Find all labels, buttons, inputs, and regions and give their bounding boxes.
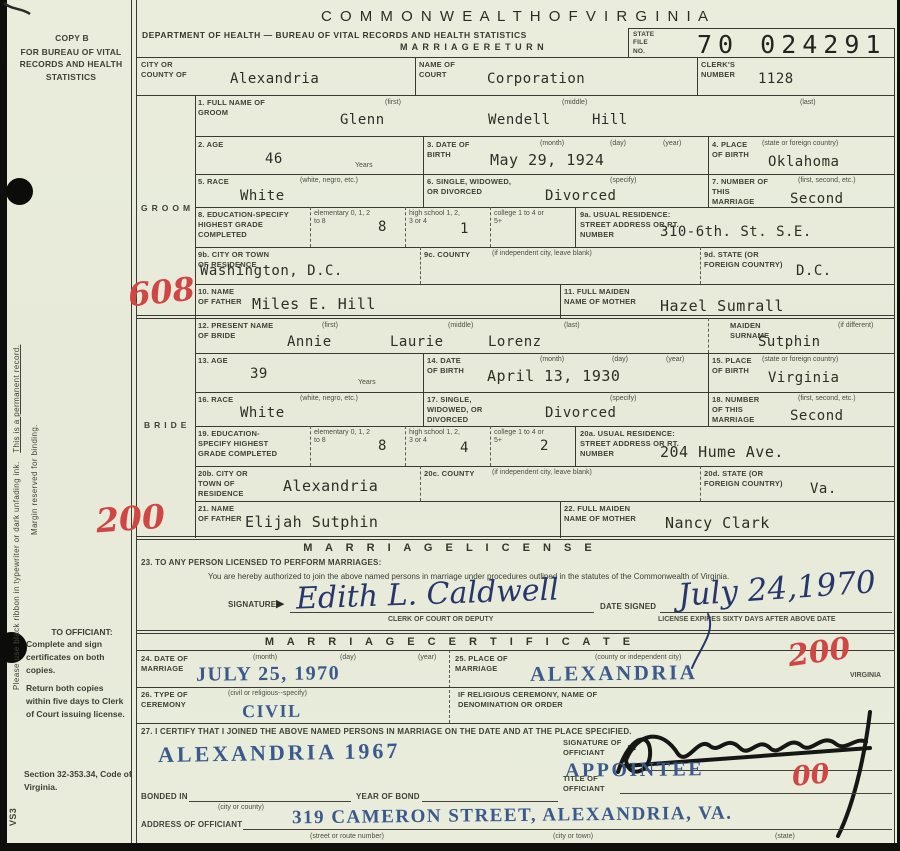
clerk-signature-handwriting: Edith L. Caldwell <box>296 575 560 614</box>
divider <box>131 0 132 843</box>
grid-line-dashed <box>405 426 406 466</box>
groom-marital-value: Divorced <box>545 189 616 203</box>
address-sub-city: (city or town) <box>553 833 593 841</box>
bride-father-label: 21. NAME OF FATHER <box>198 504 243 524</box>
bride-county-sub: (if independent city, leave blank) <box>492 469 592 477</box>
department-line: DEPARTMENT OF HEALTH — BUREAU OF VITAL R… <box>142 30 527 40</box>
bride-dob-value: April 13, 1930 <box>487 369 620 384</box>
marriage-place-stamp: ALEXANDRIA <box>530 662 698 685</box>
grid-line <box>708 353 709 426</box>
bride-marital-label: 17. SINGLE, WIDOWED, OR DIVORCED <box>427 395 512 424</box>
grid-line <box>423 353 424 426</box>
grid-line-dashed <box>708 318 709 353</box>
officiant-note-2: Return both copies within five days to C… <box>26 682 130 720</box>
virginia-preprint: VIRGINIA <box>850 672 881 680</box>
bride-education-label: 19. EDUCATION-SPECIFY HIGHEST GRADE COMP… <box>198 429 293 458</box>
grid-line <box>195 466 894 467</box>
groom-education-elementary: 8 <box>378 220 387 234</box>
bonded-in-label: BONDED IN <box>141 792 188 802</box>
education-college-label: college 1 to 4 or 5+ <box>494 210 549 227</box>
bride-name-label: 12. PRESENT NAME OF BRIDE <box>198 321 278 341</box>
grid-line <box>575 426 576 466</box>
clerk-number-label: CLERK'S NUMBER <box>701 60 746 80</box>
bride-state-label: 20d. STATE (OR FOREIGN COUNTRY) <box>704 469 784 489</box>
grid-line <box>136 650 894 651</box>
groom-band-label: GROOM <box>141 203 194 213</box>
groom-state-value: D.C. <box>796 264 832 278</box>
education-elementary-label: elementary 0, 1, 2 to 8 <box>314 210 372 227</box>
grid-line <box>136 95 894 96</box>
grid-line <box>697 57 698 95</box>
bride-race-sub: (white, negro, etc.) <box>300 395 358 403</box>
groom-state-label: 9d. STATE (OR FOREIGN COUNTRY) <box>704 250 784 270</box>
section-double-line <box>136 315 894 316</box>
bride-pob-value: Virginia <box>768 371 839 385</box>
groom-father-label: 10. NAME OF FATHER <box>198 287 243 307</box>
education-highschool-label: high school 1, 2, 3 or 4 <box>409 429 461 446</box>
page-title: C O M M O N W E A L T H O F V I R G I N … <box>137 8 894 25</box>
groom-race-sub: (white, negro, etc.) <box>300 177 358 185</box>
grid-line-dashed <box>405 207 406 247</box>
grid-line <box>195 426 894 427</box>
grid-line-dashed <box>700 466 701 501</box>
religious-ceremony-label: IF RELIGIOUS CEREMONY, NAME OF DENOMINAT… <box>458 690 618 710</box>
ceremony-type-stamp: CIVIL <box>242 702 302 721</box>
sub-day: (day) <box>610 140 626 148</box>
sub-last: (last) <box>800 99 816 107</box>
bride-middle-name: Laurie <box>390 335 444 349</box>
marriage-date-stamp: JULY 25, 1970 <box>196 663 340 685</box>
officiant-address-stamp: 319 CAMERON STREET, ALEXANDRIA, VA. <box>292 804 733 828</box>
bride-marriage-no-value: Second <box>790 409 844 423</box>
scan-edge-bottom <box>0 843 900 851</box>
groom-first-name: Glenn <box>340 113 385 127</box>
bride-county-label: 20c. COUNTY <box>424 469 475 479</box>
grid-line-dashed <box>490 207 491 247</box>
sub-month: (month) <box>540 356 564 364</box>
grid-line-dashed <box>490 426 491 466</box>
groom-marital-label: 6. SINGLE, WIDOWED, OR DIVORCED <box>427 177 512 197</box>
ink-note-text: Please use black ribbon in typewriter or… <box>12 461 21 690</box>
groom-mother-value: Hazel Sumrall <box>660 299 784 314</box>
groom-middle-name: Wendell <box>488 113 551 127</box>
bride-code-annotation: 200 <box>95 500 166 538</box>
grid-line <box>575 207 576 247</box>
bride-last-name: Lorenz <box>488 335 542 349</box>
groom-race-label: 5. RACE <box>198 177 229 187</box>
state-file-box-left <box>628 28 629 57</box>
bride-education-highschool: 4 <box>460 441 469 455</box>
groom-pob-sub: (state or foreign country) <box>762 140 838 148</box>
groom-marital-sub: (specify) <box>610 177 636 185</box>
grid-line <box>195 247 894 248</box>
bride-marital-sub: (specify) <box>610 395 636 403</box>
grid-line <box>195 284 894 285</box>
bride-race-label: 16. RACE <box>198 395 233 405</box>
groom-mother-label: 11. FULL MAIDEN NAME OF MOTHER <box>564 287 654 307</box>
sub-year: (year) <box>418 654 436 662</box>
code-reference: Section 32-353.34, Code of Virginia. <box>24 768 132 794</box>
bonded-in-sub: (city or county) <box>218 804 264 812</box>
officiant-title-line <box>620 793 892 794</box>
grid-line <box>195 353 894 354</box>
sub-month: (month) <box>540 140 564 148</box>
scan-edge-left <box>0 0 7 851</box>
groom-age-unit: Years <box>355 162 373 170</box>
bride-marriage-no-label: 18. NUMBER OF THIS MARRIAGE <box>712 395 772 424</box>
groom-age-value: 46 <box>265 152 283 166</box>
cert-fee-annotation: 200 <box>786 634 852 672</box>
groom-county-label: 9c. COUNTY <box>424 250 470 260</box>
grid-line <box>708 136 709 207</box>
groom-code-annotation: 608 <box>127 273 197 312</box>
section-double-line <box>136 536 894 537</box>
grid-line <box>423 136 424 207</box>
corner-pen-mark <box>0 0 40 20</box>
grid-line <box>195 207 894 208</box>
bride-dob-label: 14. DATE OF BIRTH <box>427 356 472 376</box>
bride-band-label: BRIDE <box>144 420 190 430</box>
ceremony-type-label: 26. TYPE OF CEREMONY <box>141 690 196 710</box>
sub-day: (day) <box>612 356 628 364</box>
groom-age-label: 2. AGE <box>198 140 224 150</box>
groom-last-name: Hill <box>592 113 628 127</box>
state-file-label: STATE FILE NO. <box>633 31 659 56</box>
court-name-label: NAME OF COURT <box>419 60 464 80</box>
section-double-line <box>136 633 894 634</box>
groom-marriage-no-value: Second <box>790 192 844 206</box>
groom-dob-label: 3. DATE OF BIRTH <box>427 140 472 160</box>
scanned-marriage-return: COPY B FOR BUREAU OF VITAL RECORDS AND H… <box>0 0 900 851</box>
maiden-surname-value: Sutphin <box>758 335 821 349</box>
year-of-bond-line <box>422 801 558 802</box>
court-name-value: Corporation <box>487 72 585 86</box>
officiant-address-line <box>243 829 892 830</box>
grid-line-dashed <box>310 426 311 466</box>
sub-first: (first) <box>385 99 401 107</box>
city-county-value: Alexandria <box>230 72 319 86</box>
certificate-title: M A R R I A G E C E R T I F I C A T E <box>0 636 900 648</box>
sub-middle: (middle) <box>562 99 587 107</box>
clerk-of-court-label: CLERK OF COURT OR DEPUTY <box>388 616 493 624</box>
address-sub-state: (state) <box>775 833 795 841</box>
education-elementary-label: elementary 0, 1, 2 to 8 <box>314 429 372 446</box>
license-to-label: 23. TO ANY PERSON LICENSED TO PERFORM MA… <box>141 558 381 568</box>
grid-line <box>560 284 561 318</box>
date-signed-label: DATE SIGNED <box>600 602 656 612</box>
city-county-label: CITY OR COUNTY OF <box>141 60 201 80</box>
education-highschool-label: high school 1, 2, 3 or 4 <box>409 210 461 227</box>
groom-education-highschool: 1 <box>460 222 469 236</box>
bride-education-college: 2 <box>540 439 549 453</box>
grid-line <box>136 687 894 688</box>
bride-race-value: White <box>240 406 285 420</box>
bride-mother-label: 22. FULL MAIDEN NAME OF MOTHER <box>564 504 654 524</box>
groom-residence-value: 310-6th. St. S.E. <box>660 225 812 239</box>
bride-pob-label: 15. PLACE OF BIRTH <box>712 356 752 376</box>
marriage-date-label: 24. DATE OF MARRIAGE <box>141 654 196 674</box>
groom-city-value: Washington, D.C. <box>200 264 343 278</box>
groom-dob-value: May 29, 1924 <box>490 153 604 168</box>
sub-day: (day) <box>340 654 356 662</box>
bride-city-value: Alexandria <box>283 479 378 494</box>
license-title: M A R R I A G E L I C E N S E <box>0 542 900 554</box>
court-stamp: ALEXANDRIA 1967 <box>158 740 401 766</box>
sub-first: (first) <box>322 322 338 330</box>
bride-age-value: 39 <box>250 367 268 381</box>
sub-last: (last) <box>564 322 580 330</box>
state-file-number: 70 024291 <box>697 30 886 59</box>
bride-residence-value: 204 Hume Ave. <box>660 445 784 460</box>
groom-marriage-no-label: 7. NUMBER OF THIS MARRIAGE <box>712 177 772 206</box>
license-expires-label: LICENSE EXPIRES SIXTY DAYS AFTER ABOVE D… <box>658 616 836 624</box>
groom-father-value: Miles E. Hill <box>252 297 376 312</box>
grid-line <box>195 392 894 393</box>
sub-month: (month) <box>253 654 277 662</box>
grid-line-dashed <box>310 207 311 247</box>
clerk-number-value: 1128 <box>758 72 794 86</box>
grid-line <box>415 57 416 95</box>
cert-cents-annotation: 00 <box>791 760 831 791</box>
sub-middle: (middle) <box>448 322 473 330</box>
address-sub-street: (street or route number) <box>310 833 384 841</box>
bride-city-label: 20b. CITY OR TOWN OF RESIDENCE <box>198 469 273 498</box>
groom-pob-value: Oklahoma <box>768 155 839 169</box>
bride-first-name: Annie <box>287 335 332 349</box>
bride-age-label: 13. AGE <box>198 356 228 366</box>
grid-line <box>560 501 561 538</box>
groom-name-label: 1. FULL NAME OF GROOM <box>198 98 278 118</box>
section-double-line <box>136 318 894 319</box>
groom-marriage-no-sub: (first, second, etc.) <box>798 177 856 185</box>
divider <box>136 0 137 843</box>
bride-father-value: Elijah Sutphin <box>245 515 378 530</box>
grid-line-dashed <box>700 247 701 284</box>
signature-arrow-icon: ▶ <box>276 597 284 610</box>
bride-age-unit: Years <box>358 379 376 387</box>
sub-year: (year) <box>663 140 681 148</box>
band-divider <box>195 95 196 538</box>
year-of-bond-label: YEAR OF BOND <box>356 792 420 802</box>
copy-label: COPY B <box>14 33 130 44</box>
grid-line <box>195 136 894 137</box>
ceremony-type-sub: (civil or religious--specify) <box>228 690 307 698</box>
license-signature-label: SIGNATURE <box>228 600 276 610</box>
bride-state-value: Va. <box>810 482 837 496</box>
groom-race-value: White <box>240 189 285 203</box>
bride-pob-sub: (state or foreign country) <box>762 356 838 364</box>
grid-line <box>195 174 894 175</box>
groom-county-sub: (if independent city, leave blank) <box>492 250 592 258</box>
officiant-title-label: TITLE OF OFFICIANT <box>563 774 613 794</box>
groom-pob-label: 4. PLACE OF BIRTH <box>712 140 752 160</box>
form-name: M A R R I A G E R E T U R N <box>400 42 545 52</box>
bride-education-elementary: 8 <box>378 439 387 453</box>
form-code: VS3 <box>8 808 18 826</box>
marriage-place-label: 25. PLACE OF MARRIAGE <box>455 654 510 674</box>
copy-destination: FOR BUREAU OF VITAL RECORDS AND HEALTH S… <box>10 46 132 83</box>
officiant-address-label: ADDRESS OF OFFICIANT <box>141 820 242 830</box>
permanent-record-text: This is a permanent record. <box>12 345 21 453</box>
grid-line <box>195 501 894 502</box>
state-file-box-top <box>628 28 894 29</box>
punch-hole-top <box>6 178 33 205</box>
margin-note-vertical: Margin reserved for binding. <box>30 424 39 535</box>
section-double-line <box>136 630 894 631</box>
grid-line <box>136 57 894 58</box>
sub-year: (year) <box>666 356 684 364</box>
bonded-in-line <box>189 801 351 802</box>
bride-marital-value: Divorced <box>545 406 616 420</box>
grid-line-dashed <box>420 466 421 501</box>
bride-mother-value: Nancy Clark <box>665 516 770 531</box>
grid-line-dashed <box>420 247 421 284</box>
groom-education-label: 8. EDUCATION-SPECIFY HIGHEST GRADE COMPL… <box>198 210 293 239</box>
section-double-line <box>136 539 894 540</box>
maiden-surname-sub: (if different) <box>838 322 873 330</box>
certify-statement: 27. I CERTIFY THAT I JOINED THE ABOVE NA… <box>141 727 632 737</box>
bride-marriage-no-sub: (first, second, etc.) <box>798 395 856 403</box>
